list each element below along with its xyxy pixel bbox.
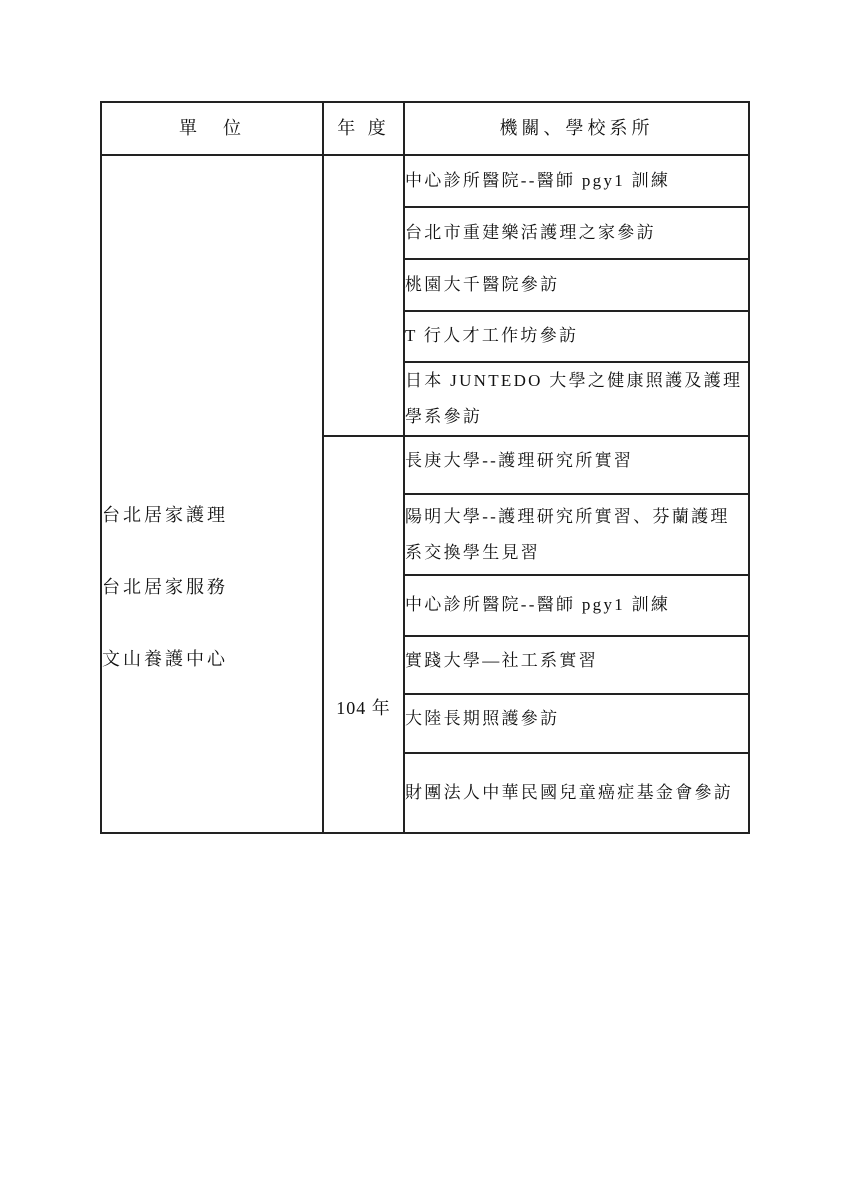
org-cell: 大陸長期照護參訪 (404, 694, 749, 753)
org-cell: 中心診所醫院--醫師 pgy1 訓練 (404, 575, 749, 636)
org-cell: T 行人才工作坊參訪 (404, 311, 749, 362)
records-table: 單 位 年 度 機關、學校系所 台北居家護理 台北居家服務 文山養護中心 中心診… (100, 101, 750, 834)
header-unit: 單 位 (101, 102, 323, 155)
unit-list: 台北居家護理 台北居家服務 文山養護中心 (102, 505, 322, 721)
header-org: 機關、學校系所 (404, 102, 749, 155)
year-label: 104 年 (324, 698, 403, 720)
org-cell: 陽明大學--護理研究所實習、芬蘭護理系交換學生見習 (404, 494, 749, 575)
org-cell: 台北市重建樂活護理之家參訪 (404, 207, 749, 259)
unit-item: 台北居家護理 (102, 505, 322, 577)
unit-cell: 台北居家護理 台北居家服務 文山養護中心 (101, 155, 323, 833)
org-cell: 中心診所醫院--醫師 pgy1 訓練 (404, 155, 749, 207)
unit-item: 台北居家服務 (102, 577, 322, 649)
org-cell: 長庚大學--護理研究所實習 (404, 436, 749, 494)
org-cell: 實踐大學—社工系實習 (404, 636, 749, 694)
year-cell (323, 155, 404, 436)
document-page: 單 位 年 度 機關、學校系所 台北居家護理 台北居家服務 文山養護中心 中心診… (0, 0, 848, 1200)
org-cell: 日本 JUNTEDO 大學之健康照護及護理學系參訪 (404, 362, 749, 436)
year-cell: 104 年 (323, 436, 404, 833)
table-row: 台北居家護理 台北居家服務 文山養護中心 中心診所醫院--醫師 pgy1 訓練 (101, 155, 749, 207)
header-year: 年 度 (323, 102, 404, 155)
org-cell: 桃園大千醫院參訪 (404, 259, 749, 311)
header-row: 單 位 年 度 機關、學校系所 (101, 102, 749, 155)
unit-item: 文山養護中心 (102, 649, 322, 721)
org-cell: 財團法人中華民國兒童癌症基金會參訪 (404, 753, 749, 833)
